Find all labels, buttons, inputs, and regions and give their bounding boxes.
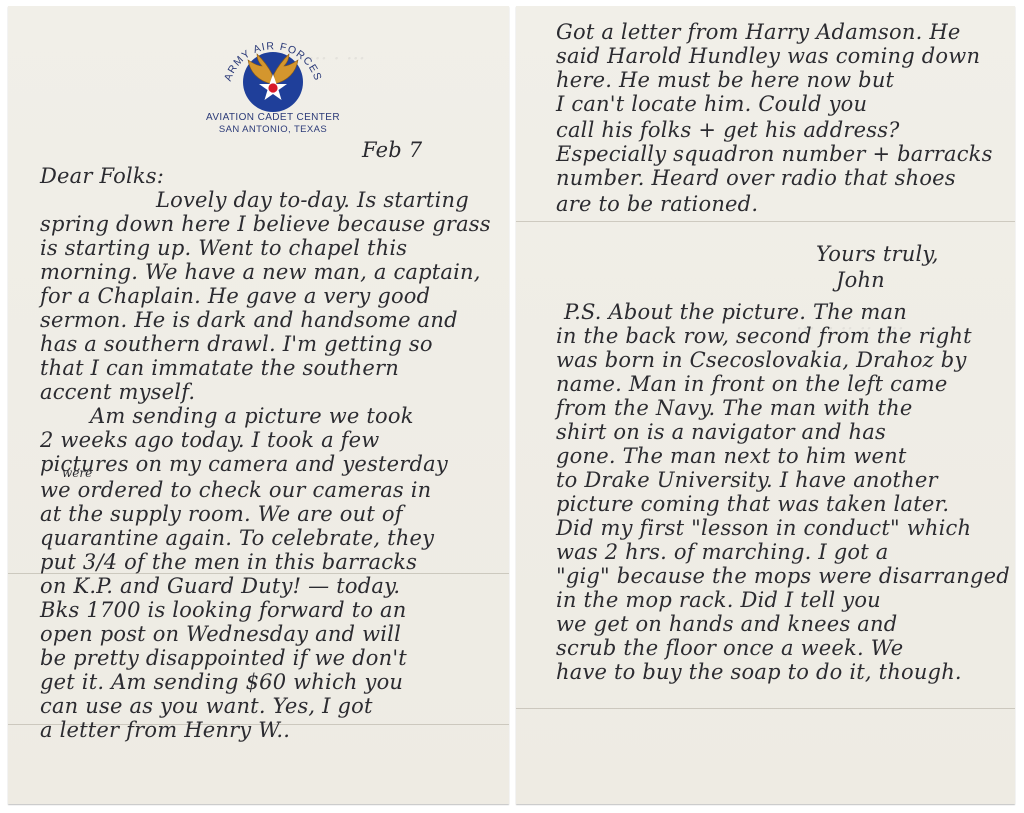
body-line: Lovely day to-day. Is starting	[156, 188, 469, 212]
body-line: that I can immatate the southern	[40, 356, 399, 380]
signature: John	[836, 268, 885, 292]
body-line: I can't locate him. Could you	[556, 92, 867, 116]
paper-fold-line	[516, 708, 1015, 709]
postscript-line: shirt on is a navigator and has	[556, 420, 886, 444]
body-line: here. He must be here now but	[556, 68, 894, 92]
postscript-line: in the back row, second from the right	[556, 324, 972, 348]
letterhead-line-2: SAN ANTONIO, TEXAS	[188, 124, 358, 136]
body-line: is starting up. Went to chapel this	[40, 236, 407, 260]
letter-date: Feb 7	[362, 138, 422, 162]
postscript-line: in the mop rack. Did I tell you	[556, 588, 881, 612]
body-line: can use as you want. Yes, I got	[40, 694, 373, 718]
postscript-line: "gig" because the mops were disarranged	[556, 564, 1010, 588]
postscript-line: scrub the floor once a week. We	[556, 636, 903, 660]
body-line: pictures on my camera and yesterday	[40, 452, 448, 476]
body-line: at the supply room. We are out of	[40, 502, 403, 526]
postscript-line: gone. The man next to him went	[556, 444, 907, 468]
body-line: said Harold Hundley was coming down	[556, 44, 980, 68]
body-line: be pretty disappointed if we don't	[40, 646, 407, 670]
body-line: quarantine again. To celebrate, they	[40, 526, 434, 550]
body-line: 2 weeks ago today. I took a few	[40, 428, 379, 452]
army-air-forces-emblem-icon: ARMY AIR FORCES	[188, 26, 358, 112]
body-line: on K.P. and Guard Duty! — today.	[40, 574, 400, 598]
body-line: Got a letter from Harry Adamson. He	[556, 20, 960, 44]
handwritten-insertion: were	[62, 466, 92, 480]
postscript-line: P.S. About the picture. The man	[564, 300, 907, 324]
body-line: are to be rationed.	[556, 192, 758, 216]
salutation: Dear Folks:	[40, 164, 164, 188]
postscript-line: from the Navy. The man with the	[556, 396, 912, 420]
postscript-line: we get on hands and knees and	[556, 612, 897, 636]
postscript-line: was 2 hrs. of marching. I got a	[556, 540, 888, 564]
body-line: spring down here I believe because grass	[40, 212, 491, 236]
closing: Yours truly,	[816, 242, 939, 266]
body-line: Especially squadron number + barracks	[556, 142, 993, 166]
postscript-line: picture coming that was taken later.	[556, 492, 949, 516]
body-line: sermon. He is dark and handsome and	[40, 308, 458, 332]
body-line: put 3/4 of the men in this barracks	[40, 550, 417, 574]
postscript-line: name. Man in front on the left came	[556, 372, 948, 396]
body-line: Am sending a picture we took	[90, 404, 414, 428]
postscript-line: have to buy the soap to do it, though.	[556, 660, 962, 684]
body-line: open post on Wednesday and will	[40, 622, 401, 646]
body-line: call his folks + get his address?	[556, 118, 900, 142]
body-line: get it. Am sending $60 which you	[40, 670, 403, 694]
body-line: has a southern drawl. I'm getting so	[40, 332, 433, 356]
body-line: for a Chaplain. He gave a very good	[40, 284, 430, 308]
letter-page-2: ··· ·· ·· ·· ···· Got a letter from Harr…	[516, 6, 1015, 804]
body-line: Bks 1700 is looking forward to an	[40, 598, 407, 622]
postscript-line: Did my first "lesson in conduct" which	[556, 516, 971, 540]
paper-fold-line	[516, 221, 1015, 222]
letterhead-line-1: AVIATION CADET CENTER	[188, 112, 358, 124]
body-line: a letter from Henry W..	[40, 718, 290, 742]
body-line: number. Heard over radio that shoes	[556, 166, 956, 190]
letterhead: ARMY AIR FORCES AVIATION CADET CENTER SA…	[188, 26, 358, 136]
body-line: accent myself.	[40, 380, 195, 404]
postscript-line: was born in Csecoslovakia, Drahoz by	[556, 348, 967, 372]
letter-page-1: ··· · ··· ARMY AIR FORCES AVIATION CADET…	[8, 6, 509, 804]
postscript-line: to Drake University. I have another	[556, 468, 938, 492]
body-line: we ordered to check our cameras in	[40, 478, 431, 502]
body-line: morning. We have a new man, a captain,	[40, 260, 481, 284]
